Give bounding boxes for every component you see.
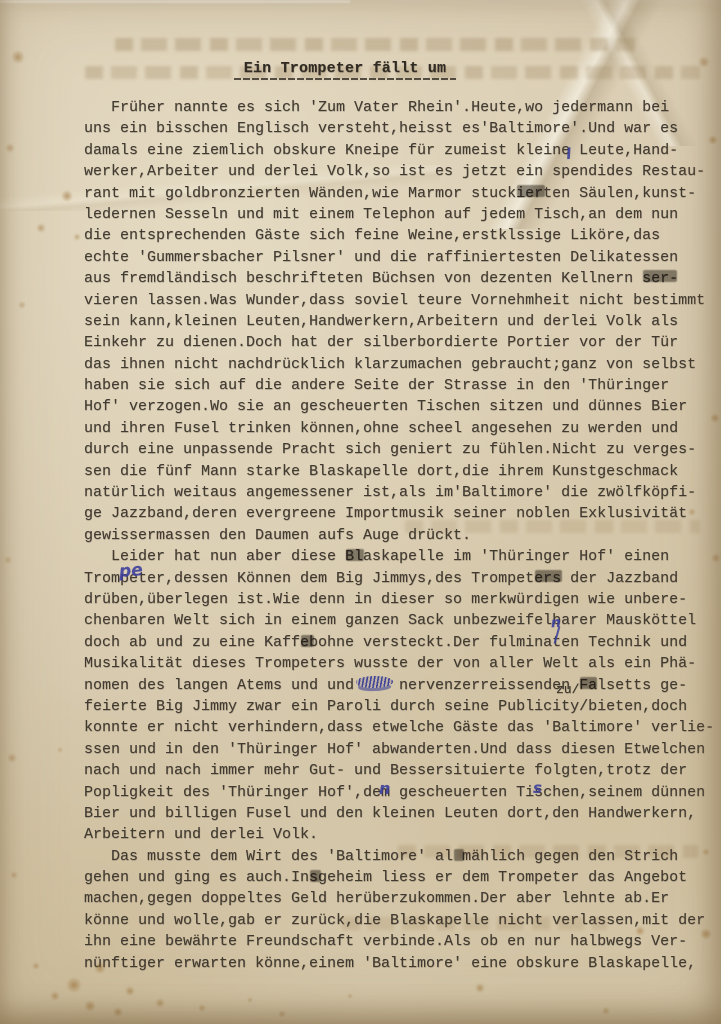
text-line: vieren lassen.Was Wunder,dass soviel teu… <box>84 290 714 311</box>
foxing-spot <box>198 1004 206 1012</box>
text-line: und ihren Fusel trinken können,ohne sche… <box>84 418 714 439</box>
text-line: Leider hat nun aber diese Blaskapelle im… <box>84 546 714 567</box>
ghost-text-row <box>115 38 635 51</box>
foxing-spot <box>602 1007 610 1015</box>
text-line: aus fremdländisch beschrifteten Büchsen … <box>84 268 714 289</box>
foxing-spot <box>66 977 82 993</box>
text-line: rant mit goldbronzierten Wänden,wie Marm… <box>84 183 714 204</box>
foxing-spot <box>18 301 26 309</box>
foxing-spot <box>11 50 25 64</box>
foxing-spot <box>155 998 165 1008</box>
foxing-spot <box>125 986 135 996</box>
text-line: Musikalität dieses Trompeters wusste der… <box>84 653 714 674</box>
foxing-spot <box>36 223 46 233</box>
foxing-spot <box>5 143 15 153</box>
foxing-spot <box>247 997 253 1003</box>
text-line: die entsprechenden Gäste sich feine Wein… <box>84 225 714 246</box>
foxing-spot <box>278 1010 286 1018</box>
scanned-typescript-page: Ein Trompeter fällt um Früher nannte es … <box>0 0 721 1024</box>
text-line: sein kann,kleinen Leuten,Handwerkern,Arb… <box>84 311 714 332</box>
text-line: nomen des langen Atems und und nervenzer… <box>84 675 714 696</box>
foxing-spot <box>50 991 60 1001</box>
foxing-spot <box>73 233 81 241</box>
text-line: das ihnen nicht nachdrücklich klarzumach… <box>84 354 714 375</box>
text-line: feierte Big Jimmy zwar ein Paroli durch … <box>84 696 714 717</box>
text-line: Früher nannte es sich 'Zum Vater Rhein'.… <box>84 97 714 118</box>
text-line: durch eine unpassende Pracht sich genier… <box>84 439 714 460</box>
foxing-spot <box>4 556 12 564</box>
document-title: Ein Trompeter fällt um <box>238 59 452 77</box>
text-line: ledernen Sesseln und mit einem Telephon … <box>84 204 714 225</box>
title-text: Ein Trompeter fällt um <box>244 60 446 77</box>
text-line: Bier und billigen Fusel und den kleinen … <box>84 803 714 824</box>
text-line: damals eine ziemlich obskure Kneipe für … <box>84 140 714 161</box>
text-line: gehen und ging es auch.Insgeheim liess e… <box>84 867 714 888</box>
foxing-spot <box>475 983 485 993</box>
title-underline <box>234 78 456 80</box>
text-line: ssen und in den 'Thüringer Hof' abwander… <box>84 739 714 760</box>
text-line: Hof' verzogen.Wo sie an gescheuerten Tis… <box>84 396 714 417</box>
text-line: ge Jazzband,deren evergreene Importmusik… <box>84 503 714 524</box>
foxing-spot <box>61 190 73 202</box>
foxing-spot <box>10 871 18 879</box>
foxing-spot <box>113 1007 123 1017</box>
text-line: machen,gegen doppeltes Geld herüberzukom… <box>84 888 714 909</box>
text-line: drüben,überlegen ist.Wie denn in dieser … <box>84 589 714 610</box>
text-line: nünftiger erwarten könne,einem 'Baltimor… <box>84 953 714 974</box>
text-line: uns ein bisschen Englisch versteht,heiss… <box>84 118 714 139</box>
foxing-spot <box>32 962 40 970</box>
paper-edge-highlight <box>0 0 350 3</box>
text-line: haben sie sich auf die andere Seite der … <box>84 375 714 396</box>
text-line: echte 'Gummersbacher Pilsner' und die ra… <box>84 247 714 268</box>
foxing-spot <box>57 747 63 753</box>
foxing-spot <box>7 753 17 763</box>
text-line: Arbeitern und derlei Volk. <box>84 824 714 845</box>
text-line: nach und nach immer mehr Gut- und Besser… <box>84 760 714 781</box>
text-line: chenbaren Welt sich in einem ganzen Sack… <box>84 610 714 631</box>
text-line: ihn eine bewährte Freundschaft verbinde.… <box>84 931 714 952</box>
text-line: doch ab und zu eine Kaffebohne versteckt… <box>84 632 714 653</box>
foxing-spot <box>347 993 353 999</box>
text-line: Trompeter,dessen Können dem Big Jimmys,d… <box>84 568 714 589</box>
text-line: sen die fünf Mann starke Blaskapelle dor… <box>84 461 714 482</box>
text-line: könne und wolle,gab er zurück,die Blaska… <box>84 910 714 931</box>
text-line: konnte er nicht verhindern,dass etwelche… <box>84 717 714 738</box>
text-line: Einkehr zu dienen.Doch hat der silberbor… <box>84 332 714 353</box>
text-line: Popligkeit des 'Thüringer Hof',dem gesch… <box>84 782 714 803</box>
typewritten-text: Früher nannte es sich 'Zum Vater Rhein'.… <box>84 97 714 974</box>
foxing-spot <box>698 56 710 68</box>
text-line: gewissermassen den Daumen aufs Auge drüc… <box>84 525 714 546</box>
text-line: Das musste dem Wirt des 'Baltimore' al m… <box>84 846 714 867</box>
text-line: natürlich weitaus angemessener ist,als i… <box>84 482 714 503</box>
foxing-spot <box>84 1000 96 1012</box>
text-line: werker,Arbeiter und derlei Volk,so ist e… <box>84 161 714 182</box>
